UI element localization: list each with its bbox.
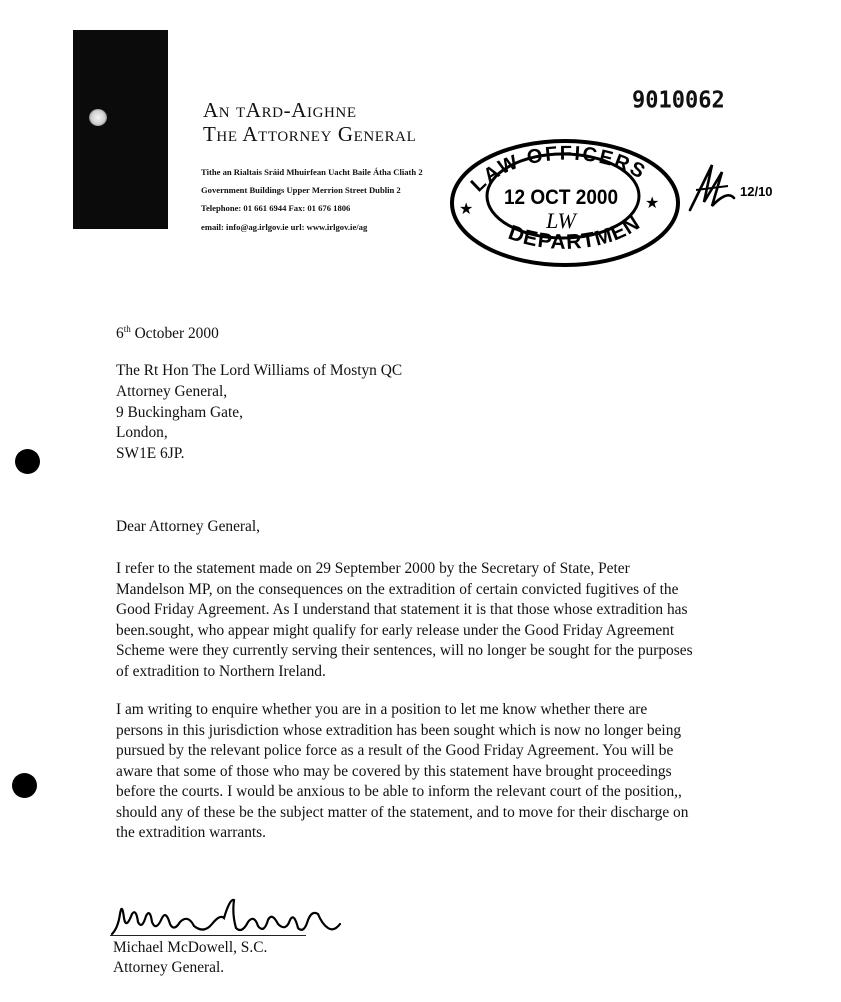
paragraph-line: pursued by the relevant police force as …: [116, 741, 841, 762]
letterhead-title-irish: An tArd-Aighne: [203, 98, 357, 123]
recipient-line: SW1E 6JP.: [116, 444, 402, 465]
letterhead-title-english: The Attorney General: [203, 122, 416, 147]
letter-date: 6th October 2000: [116, 319, 219, 345]
letterhead-address-irish: Tithe an Rialtais Sráid Mhuirfean Uacht …: [201, 167, 423, 177]
handwritten-date: 12/10: [740, 184, 773, 199]
punch-hole: [15, 449, 40, 474]
body-paragraph-2: I am writing to enquire whether you are …: [116, 700, 841, 844]
signer-title: Attorney General.: [113, 958, 224, 979]
paragraph-line: should any of these be the subject matte…: [116, 803, 841, 824]
paragraph-line: Good Friday Agreement. As I understand t…: [116, 600, 841, 621]
punch-hole: [12, 773, 37, 798]
paragraph-line: Scheme were they currently serving their…: [116, 641, 841, 662]
paragraph-line: persons in this jurisdiction whose extra…: [116, 721, 841, 742]
received-stamp: LAW OFFICERS DEPARTMENT 12 OCT 2000 LW ★…: [445, 128, 685, 268]
paragraph-line: aware that some of those who may be cove…: [116, 762, 841, 783]
harp-seal-icon: [89, 109, 107, 126]
paragraph-line: I refer to the statement made on 29 Sept…: [116, 559, 841, 580]
stamp-initials: LW: [545, 208, 577, 233]
paragraph-line: I am writing to enquire whether you are …: [116, 700, 841, 721]
stamp-date: 12 OCT 2000: [504, 186, 618, 209]
paragraph-line: of extradition to Northern Ireland.: [116, 662, 841, 683]
recipient-line: Attorney General,: [116, 382, 402, 403]
body-paragraph-1: I refer to the statement made on 29 Sept…: [116, 559, 841, 682]
paragraph-line: been.sought, who appear might qualify fo…: [116, 621, 841, 642]
handwritten-initials: 12/10: [682, 160, 782, 220]
star-icon: ★: [459, 199, 473, 218]
letterhead-address-english: Government Buildings Upper Merrion Stree…: [201, 185, 401, 195]
recipient-line: 9 Buckingham Gate,: [116, 403, 402, 424]
signer-name: Michael McDowell, S.C.: [113, 938, 267, 959]
recipient-line: The Rt Hon The Lord Williams of Mostyn Q…: [116, 361, 402, 382]
salutation: Dear Attorney General,: [116, 517, 260, 538]
paragraph-line: before the courts. I would be anxious to…: [116, 782, 841, 803]
star-icon: ★: [645, 193, 659, 212]
paragraph-line: Mandelson MP, on the consequences on the…: [116, 580, 841, 601]
handwritten-signature: [108, 884, 358, 940]
paragraph-line: the extradition warrants.: [116, 823, 841, 844]
recipient-line: London,: [116, 423, 402, 444]
letterhead-email-url: email: info@ag.irlgov.ie url: www.irlgov…: [201, 222, 367, 232]
letterhead-crest-block: [73, 30, 168, 229]
letterhead-telephone-fax: Telephone: 01 661 6944 Fax: 01 676 1806: [201, 203, 350, 213]
recipient-address: The Rt Hon The Lord Williams of Mostyn Q…: [116, 361, 402, 465]
reference-number-stamp: 9010062: [632, 87, 725, 113]
signature-line: [110, 935, 306, 936]
